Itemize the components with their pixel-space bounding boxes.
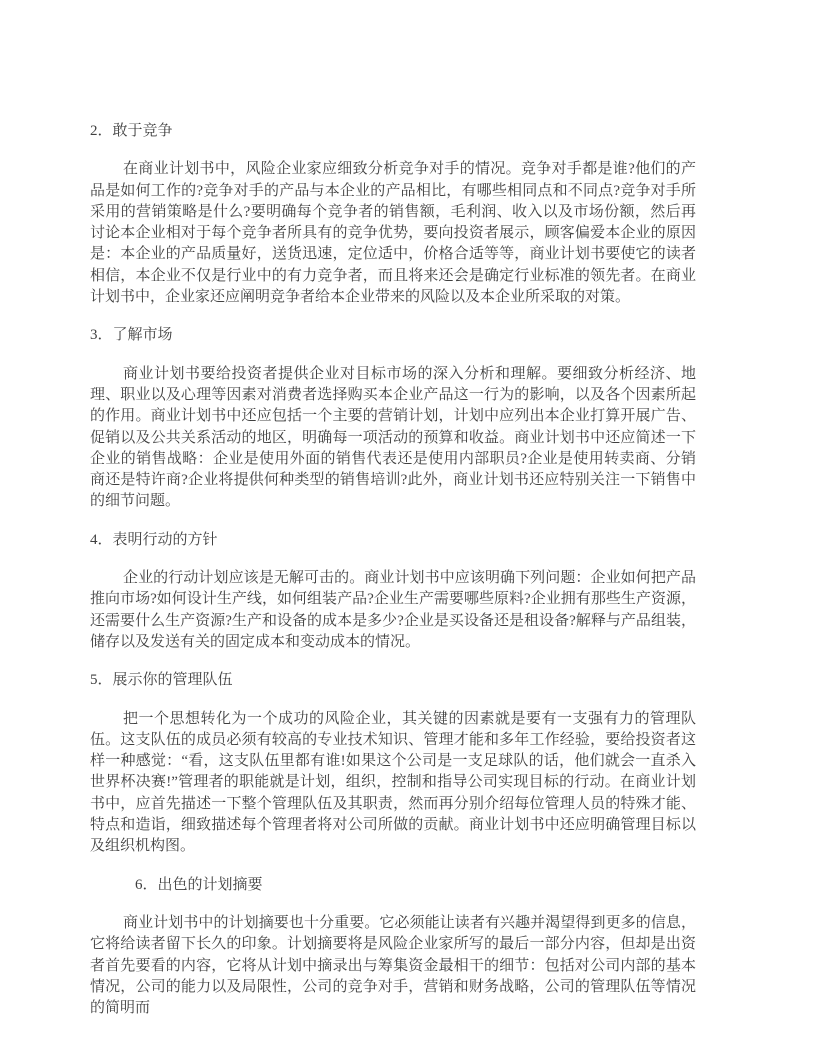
section-paragraph-4: 企业的行动计划应该是无解可击的。商业计划书中应该明确下列问题：企业如何把产品推向… xyxy=(90,568,696,653)
section-paragraph-5: 把一个思想转化为一个成功的风险企业，其关键的因素就是要有一支强有力的管理队伍。这… xyxy=(90,709,696,858)
document-page: 2．敢于竞争 在商业计划书中，风险企业家应细致分析竞争对手的情况。竞争对手都是谁… xyxy=(0,0,816,1056)
document-content: 2．敢于竞争 在商业计划书中，风险企业家应细致分析竞争对手的情况。竞争对手都是谁… xyxy=(90,121,696,1019)
section-heading-3: 3．了解市场 xyxy=(90,325,696,346)
section-heading-4: 4．表明行动的方针 xyxy=(90,530,696,551)
section-paragraph-2: 在商业计划书中，风险企业家应细致分析竞争对手的情况。竞争对手都是谁?他们的产品是… xyxy=(90,159,696,308)
section-paragraph-6: 商业计划书中的计划摘要也十分重要。它必须能让读者有兴趣并渴望得到更多的信息，它将… xyxy=(90,913,696,1019)
section-heading-5: 5．展示你的管理队伍 xyxy=(90,670,696,691)
section-heading-6: 6．出色的计划摘要 xyxy=(90,875,696,896)
section-heading-2: 2．敢于竞争 xyxy=(90,121,696,142)
section-paragraph-3: 商业计划书要给投资者提供企业对目标市场的深入分析和理解。要细致分析经济、地理、职… xyxy=(90,364,696,513)
